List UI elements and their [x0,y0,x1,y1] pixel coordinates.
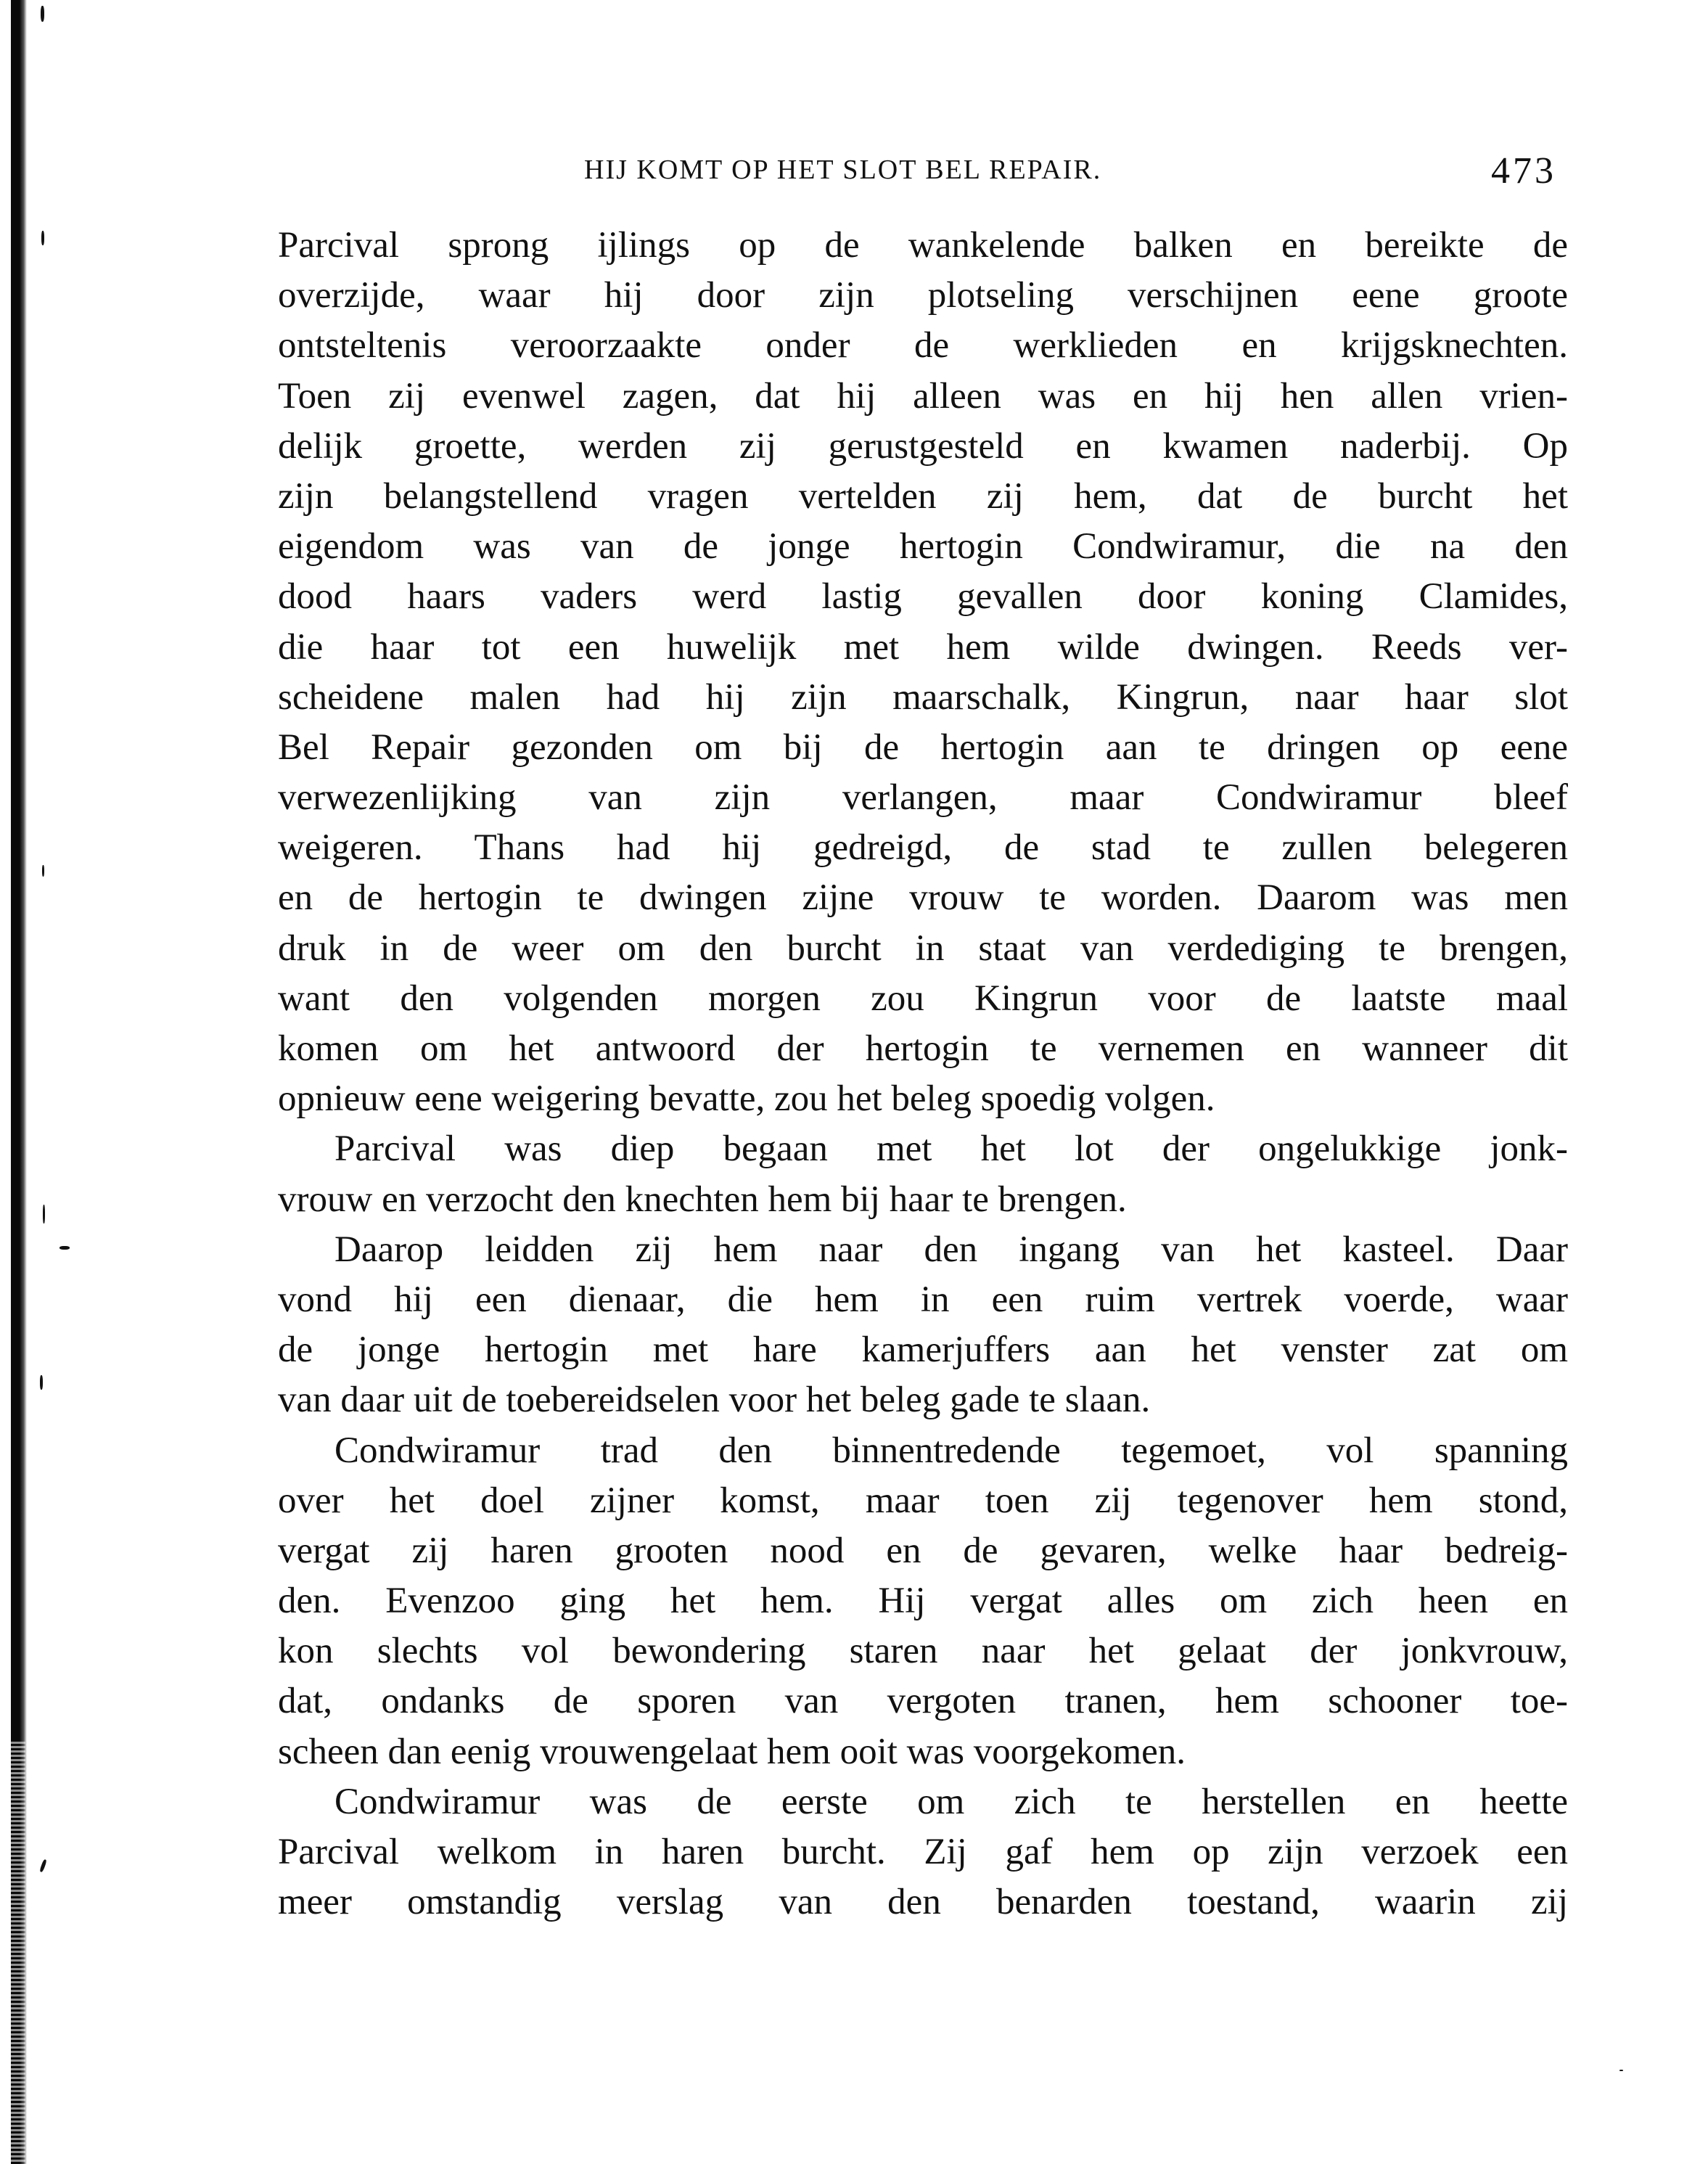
text-line: en de hertogin te dwingen zijne vrouw te… [278,873,1568,923]
text-line: want den volgenden morgen zou Kingrun vo… [278,974,1568,1024]
text-line: over het doel zijner komst, maar toen zi… [278,1476,1568,1526]
text-line: komen om het antwoord der hertogin te ve… [278,1024,1568,1074]
paragraph-first-line: Condwiramur trad den binnentredende tege… [278,1426,1568,1476]
text-line: vrouw en verzocht den knechten hem bij h… [278,1175,1568,1225]
text-line: dood haars vaders werd lastig gevallen d… [278,572,1568,622]
scan-speck [41,231,44,245]
scan-speck [1619,2070,1623,2071]
paragraph-first-line: Daarop leidden zij hem naar den ingang v… [278,1225,1568,1275]
paragraph-first-line: Condwiramur was de eerste om zich te her… [278,1777,1568,1827]
text-line: zijn belangstellend vragen vertelden zij… [278,472,1568,522]
body-text: Parcival sprong ijlings op de wankelende… [278,221,1568,1927]
scan-speck [42,865,44,877]
text-line: den. Evenzoo ging het hem. Hij vergat al… [278,1576,1568,1626]
text-line: eigendom was van de jonge hertogin Condw… [278,522,1568,572]
text-line: vond hij een dienaar, die hem in een rui… [278,1275,1568,1325]
text-line: vergat zij haren grooten nood en de geva… [278,1526,1568,1576]
text-line: meer omstandig verslag van den benarden … [278,1877,1568,1927]
text-line: scheidene malen had hij zijn maarschalk,… [278,673,1568,723]
text-line: delijk groette, werden zij gerustgesteld… [278,422,1568,472]
text-line: Parcival welkom in haren burcht. Zij gaf… [278,1827,1568,1877]
text-line: verwezenlijking van zijn verlangen, maar… [278,773,1568,823]
text-line: druk in de weer om den burcht in staat v… [278,924,1568,974]
scan-speck [43,1205,45,1224]
paragraph-first-line: Parcival was diep begaan met het lot der… [278,1124,1568,1174]
scan-speck [39,1859,47,1873]
text-line: Parcival sprong ijlings op de wankelende… [278,221,1568,271]
text-line: opnieuw eene weigering bevatte, zou het … [278,1074,1568,1124]
text-line: Bel Repair gezonden om bij de hertogin a… [278,723,1568,773]
text-line: overzijde, waar hij door zijn plotseling… [278,271,1568,321]
page-number: 473 [1491,149,1556,192]
text-line: scheen dan eenig vrouwengelaat hem ooit … [278,1727,1568,1777]
text-line: de jonge hertogin met hare kamerjuffers … [278,1325,1568,1375]
scan-speck [41,6,44,22]
scan-gutter-noise [4,1742,25,2164]
text-line: weigeren. Thans had hij gedreigd, de sta… [278,823,1568,873]
text-line: die haar tot een huwelijk met hem wilde … [278,623,1568,673]
text-line: van daar uit de toebereidselen voor het … [278,1375,1568,1425]
scan-speck [40,1375,43,1390]
scan-speck [59,1246,70,1250]
running-head: HIJ KOMT OP HET SLOT BEL REPAIR. [584,154,1101,186]
text-line: dat, ondanks de sporen van vergoten tran… [278,1676,1568,1726]
text-line: ontsteltenis veroorzaakte onder de werkl… [278,321,1568,371]
text-line: Toen zij evenwel zagen, dat hij alleen w… [278,372,1568,422]
text-line: kon slechts vol bewondering staren naar … [278,1626,1568,1676]
